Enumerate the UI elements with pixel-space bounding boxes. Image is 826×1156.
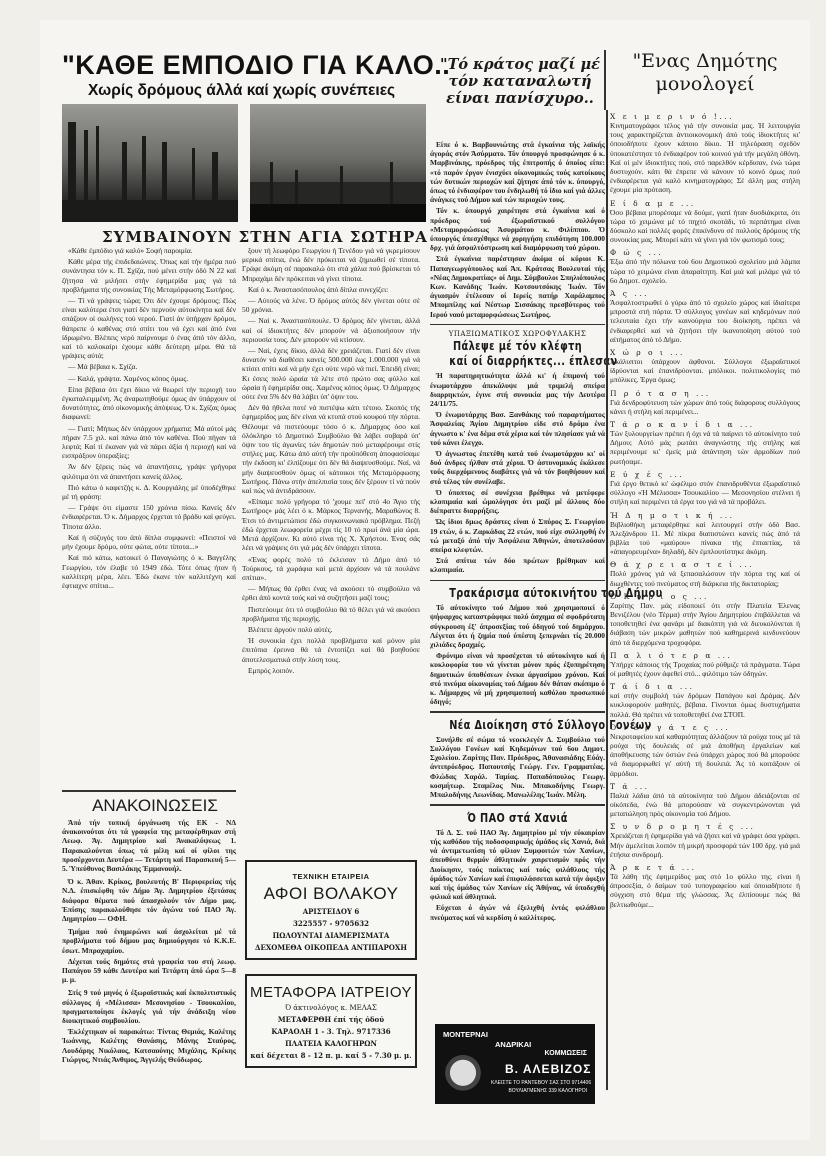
item-kicker: Τ ά ... <box>610 782 800 791</box>
main-headline: "ΚΑΘΕ ΕΜΠΟΔΙΟ ΓΙΑ ΚΑΛΟ.. <box>62 50 422 81</box>
item-kicker: Χ ε ι μ ε ρ ι ν ό !... <box>610 112 800 121</box>
ad-line: ΔΕΧΟΜΕΘΑ ΟΙΚΟΠΕΔΑ ΑΝΤΙΠΑΡΟΧΗ <box>247 943 415 952</box>
paragraph: Φρόνιμο είναι νά προσέχεται τό αύτοκίνητ… <box>430 651 605 706</box>
paragraph: Είπα βέβαια ότι έχει δίκιο νά θεωρεί τήν… <box>62 385 236 422</box>
announcements-title: ΑΝΑΚΟΙΝΩΣΕΙΣ <box>80 796 230 816</box>
police-story-kicker: ΥΠΑΞΙΩΜΑΤΙΚΟΣ ΧΩΡΟΦΥΛΑΚΗΣ <box>430 330 605 338</box>
paragraph: Ή παρατηρητικότητα άλλά κι' ή έπιμονή το… <box>430 371 605 408</box>
ad-line: ΠΛΑΤΕΙΑ ΚΑΛΟΓΗΡΩΝ <box>247 1039 415 1048</box>
pao-story-body: Τό Δ. Σ. τού ΠΑΟ Άγ. Δημητρίου μέ τήν εύ… <box>430 828 605 922</box>
ad-line: ΜΕΤΑΦΕΡΘΗ έπί τής όδού <box>247 1015 415 1024</box>
item-kicker: Ό Κ ύ ρ ι ο ς ... <box>610 592 800 601</box>
divider <box>430 804 605 806</box>
paragraph: Στά έγκαίνια παρέστησαν άκόμα οί κύριοι … <box>430 254 605 318</box>
parents-story-body: Συνήλθε σέ σώμα τό νεοεκλεγέν Δ. Συμβούλ… <box>430 735 605 799</box>
item-kicker: Ε ύ χ έ ς ... <box>610 470 800 479</box>
paragraph: «Κάθε έμπόδιο γιά καλό» Σοφή παροιμία. <box>62 246 236 255</box>
paragraph: Ό άγνωστος έπετέθη κατά τού ένωμοτάρχου … <box>430 449 605 486</box>
construction-photo-right <box>250 104 426 222</box>
paragraph: Πιστεύουμε ότι τό συμβούλιο θά τό θέλει … <box>242 605 420 623</box>
paragraph: Καί ή σύζυγός του άπό δίπλα συμφωνεί: «Π… <box>62 533 236 551</box>
ad-clinic-relocation: ΜΕΤΑΦΟΡΑ ΙΑΤΡΕΙΟΥ Ό άκτινολόγος κ. ΜΕΛΑΣ… <box>245 974 417 1068</box>
ad-line: ΚΟΜΜΩΣΕΙΣ <box>545 1050 587 1057</box>
paragraph: Στά σπίτια τών δύο πρώτων βρέθηκαν καί κ… <box>430 556 605 574</box>
paragraph: Έκλέχτηκαν οί παρακάτω: Τίντας Θεμιάς, Κ… <box>62 1027 236 1064</box>
item-kicker: Σ υ ν δ ρ ο μ η τ έ ς ... <box>610 822 800 831</box>
divider <box>430 711 605 713</box>
item-text: Ζαρίτης Παν. μάς είδοποιεί ότι στήν Πλατ… <box>610 601 800 647</box>
paragraph: Ό ύποπτος σέ συνέχεια βρέθηκε νά μετέφερ… <box>430 488 605 516</box>
item-text: Παλιά λάδια άπό τά αύτοκίνητα τού Δήμου … <box>610 791 800 819</box>
police-story-body: Ή παρατηρητικότητα άλλά κι' ή έπιμονή το… <box>430 371 605 574</box>
paragraph: — Ναί κ. Άναστασόπουλε. Ό δρόμος δέν γίν… <box>242 316 420 344</box>
paragraph: — Καλά, γράψτα. Χαμένος κόπος όμως. <box>62 374 236 383</box>
middle-headline: "Τό κράτος μαζί μέ τόν καταναλωτή είναι … <box>440 56 600 107</box>
car-story-body: Τό αύτοκίνητο τού Δήμου πού χρησιμοποιεί… <box>430 603 605 706</box>
paragraph: Στίς 9 τού μηνός ό έξωραϊστικός καί έκπο… <box>62 988 236 1025</box>
ad-title: ΜΕΤΑΦΟΡΑ ΙΑΤΡΕΙΟΥ <box>247 984 415 1001</box>
right-headline-line2: μονολογεί <box>605 73 805 96</box>
paragraph: Άπό τήν τοπική όργάνωση τής ΕΚ - ΝΔ άνακ… <box>62 818 236 873</box>
item-text: καί στήν συμβολή τών δρόμων Παπάγου καί … <box>610 691 800 719</box>
man-portrait-icon <box>443 1042 483 1098</box>
construction-photo-left <box>62 104 238 222</box>
paragraph: Ό ένωμοτάρχης Βασ. Ξανθάκης τού παραρτήμ… <box>430 410 605 447</box>
paragraph: Είπε ό κ. Βαρβουνιώτης στά έγκαίνια τής … <box>430 140 605 204</box>
item-text: Γιά έργο θετικό κι' ώφέλιμο στόν έπανιδρ… <box>610 479 800 507</box>
ad-line: ΑΝΔΡΙΚΑΙ <box>495 1040 531 1049</box>
paragraph: Τό Δ. Σ. τού ΠΑΟ Άγ. Δημητρίου μέ τήν εύ… <box>430 828 605 902</box>
paragraph: ξουν τή λεωφόρο Γεωργίου ή Τενέδου γιά ν… <box>242 246 420 283</box>
item-kicker: Ά ς ... <box>610 289 800 298</box>
item-kicker: Χ ώ ρ ο ι ... <box>610 348 800 357</box>
paragraph: Τμήμα πού ένημερώνει καί άσχολείται μέ τ… <box>62 927 236 955</box>
item-text: Νεκροταφείου καί καθαριότητας άλλάζουν τ… <box>610 732 800 778</box>
ad-address: ΑΡΙΣΤΕΙΔΟΥ 6 <box>247 907 415 916</box>
lead-story-body: Είπε ό κ. Βαρβουνιώτης στά έγκαίνια τής … <box>430 140 605 319</box>
item-text: Τά λάθη τής έφημερίδος μας στό 1ο φύλλο … <box>610 872 800 909</box>
main-subheadline: Χωρίς δρόμους άλλά καί χωρίς συνέπειες <box>88 82 408 100</box>
ad-phones: 3225557 - 9705632 <box>247 919 415 928</box>
item-kicker: Φ ώ ς ... <box>610 248 800 257</box>
item-text: Ύπήρχε κάποιος τής Τροχαίας πού ρύθμιζε … <box>610 660 800 678</box>
pao-story-headline: Ό ΠΑΟ στά Χανιά <box>449 810 586 825</box>
item-text: Βιβλιοθήκη μεταφέρθηκε καί λειτουργεί στ… <box>610 520 800 557</box>
paragraph: — Γράψε ότι είμαστε 150 χρόνια πίσω. Καν… <box>62 503 236 531</box>
item-kicker: Τ ά ρ ο κ α ν ί δ ι α ... <box>610 420 800 429</box>
right-headline-line1: "Ενας Δημότης <box>605 50 805 73</box>
item-kicker: Θ ά χ ρ ε ι α σ τ ε ί ... <box>610 560 800 569</box>
item-kicker: Ή Δ η μ ο τ ι κ ή ... <box>610 511 800 520</box>
item-text: Έξω άπό τήν πόλωνα τού 6ου Δημοτικού σχο… <box>610 257 800 285</box>
middle-column: Είπε ό κ. Βαρβουνιώτης στά έγκαίνια τής … <box>430 140 605 924</box>
paragraph: — Ναί, έχεις δίκιο, άλλά δέν χρειάζεται.… <box>242 346 420 401</box>
paragraph: Βλέπετε άργούν πολύ αύτές. <box>242 625 420 634</box>
parents-story-headline: Νέα Διοίκηση στό Σύλλογο Γονέων <box>449 717 586 732</box>
divider <box>62 790 236 792</box>
section-headline: ΣΥΜΒΑΙΝΟΥΝ ΣΤΗΝ ΑΓΙΑ ΣΩΤΗΡΑ <box>102 228 402 246</box>
ad-line: ΠΩΛΟΥΝΤΑΙ ΔΙΑΜΕΡΙΣΜΑΤΑ <box>247 931 415 940</box>
paragraph: Καί πιό κάτω, κατοικεί ό Παναγιώτης ό κ.… <box>62 553 236 590</box>
paragraph: «Ένας φορές πολύ τό έκλεισαν τό Δήμο άπό… <box>242 555 420 583</box>
paragraph: Πιό κάτω ό καφετζής κ. Δ. Κουργιάλης μέ … <box>62 483 236 501</box>
ad-line: ΜΟΝΤΕΡΝΑΙ <box>443 1030 488 1039</box>
ad-phone: ΚΛΕΙΣΤΕ ΤΟ ΡΑΝΤΕΒΟΥ ΣΑΣ ΣΤΟ 9714406 <box>491 1080 591 1086</box>
divider <box>430 580 605 582</box>
ad-company-name: ΑΦΟΙ ΒΟΛΑΚΟΥ <box>247 884 415 904</box>
paragraph: Κάθε μέρα τής έπιδεδαιώνεις. Όπως καί τή… <box>62 257 236 294</box>
paragraph: «Είπαμε πολύ γρήγορα τό 'χουμε πεί' στό … <box>242 497 420 552</box>
story-column-2: ξουν τή λεωφόρο Γεωργίου ή Τενέδου γιά ν… <box>242 246 420 677</box>
paragraph: Δέν θά ήθελα ποτέ νά πιστέψω κάτι τέτοιο… <box>242 403 420 495</box>
ad-line: καί δέχεται 8 - 12 π. μ. καί 5 - 7.30 μ.… <box>247 1051 415 1060</box>
paragraph: Άν δέν ξέρεις πώς νά άπαντήσεις, γράψε γ… <box>62 462 236 480</box>
item-kicker: Ε ί δ α μ ε ... <box>610 199 800 208</box>
ad-alevizos-barber: ΜΟΝΤΕΡΝΑΙ ΑΝΔΡΙΚΑΙ ΚΟΜΜΩΣΕΙΣ Β. ΑΛΕΒΙΖΟΣ… <box>435 1024 595 1104</box>
announcements-body: Άπό τήν τοπική όργάνωση τής ΕΚ - ΝΔ άνακ… <box>62 818 236 1066</box>
item-text: Κινηματογράφοι τέλος γιά τήν συνοικία μα… <box>610 121 800 195</box>
story-column-1: «Κάθε έμπόδιο γιά καλό» Σοφή παροιμία. Κ… <box>62 246 236 592</box>
item-text: Πολύ χρόνος γιά νά ξεπασαλώσουν τήν πόρτ… <box>610 569 800 587</box>
item-text: Γιά δενδροφύτευση τών χώρων άπό τούς διά… <box>610 398 800 416</box>
ad-business-name: Β. ΑΛΕΒΙΖΟΣ <box>505 1062 591 1076</box>
right-headline: "Ενας Δημότης μονολογεί <box>605 50 805 96</box>
ad-address: ΒΟΥΛΙΑΓΜΕΝΗΣ 339 ΚΑΛΟΓΗΡΟΙ <box>508 1088 587 1094</box>
paragraph: Καί ό κ. Άναστασόπουλος άπό δίπλα συνεχί… <box>242 285 420 294</box>
paragraph: — Τί νά γράψεις τώρα; Ότι δέν έχουμε δρό… <box>62 296 236 360</box>
paragraph: Τόν κ. ύπουργό χαιρέτησε στά έγκαίνια κα… <box>430 206 605 252</box>
paragraph: Ή συνοικία έχει πολλά προβλήματα καί μόν… <box>242 636 420 664</box>
item-text: Άσφαλτοστρωθεί ό γύρω άπό τό σχολείο χώρ… <box>610 298 800 344</box>
car-story-headline: Τρακάρισμα αύτοκινήτου τού Δήμου <box>449 585 586 600</box>
paragraph: — Μά βέβαια κ. Σχίζα. <box>62 362 236 371</box>
paragraph: Τό αύτοκίνητο τού Δήμου πού χρησιμοποιεί… <box>430 603 605 649</box>
item-kicker: Π ρ ό τ α σ η ... <box>610 389 800 398</box>
item-text: Τών ξυλουργείων πρέπει ή όχι νά τά παίρν… <box>610 429 800 466</box>
ad-line: ΤΕΧΝΙΚΗ ΕΤΑΙΡΕΙΑ <box>247 872 415 881</box>
paragraph: — Αύτούς νά λένε. Ό δρόμος αύτός δέν γίν… <box>242 296 420 314</box>
item-kicker: Ά ρ κ ε τ ά ... <box>610 863 800 872</box>
column-divider <box>606 110 608 1090</box>
item-kicker: Π α λ ι ό τ ε ρ α ... <box>610 651 800 660</box>
paragraph: — Μήπως θά έρθει ένας νά ακούσει τό συμβ… <box>242 584 420 602</box>
paragraph: Ώς ίδιοι δμως δράστες είναι ό Σπύρος Σ. … <box>430 517 605 554</box>
police-story-headline-line1: Πάλεψε μέ τόν κλέφτη <box>449 338 586 353</box>
right-column: Χ ε ι μ ε ρ ι ν ό !... Κινηματογράφοι τέ… <box>610 108 800 911</box>
item-kicker: Ο ί έ ρ γ ά τ ε ς ... <box>610 723 800 732</box>
item-text: Χρειάζεται ή έφημερίδα γιά νά ζήσει καί … <box>610 831 800 859</box>
item-text: Άκάλυπτοι ύπάρχουν άφθονοι. Σύλλογοι έξω… <box>610 357 800 385</box>
item-text: Όσο βέβαια μπορέσαμε νά δούμε, γιατί ήτα… <box>610 208 800 245</box>
divider <box>430 324 605 326</box>
paragraph: Δέχεται τούς δημότες στά γραφεία του στή… <box>62 957 236 985</box>
paragraph: Συνήλθε σέ σώμα τό νεοεκλεγέν Δ. Συμβούλ… <box>430 735 605 799</box>
item-kicker: Τ ά ί δ ι α ... <box>610 682 800 691</box>
paragraph: Εύχεται ό άγών νά έξελιχθή έντός φιλάθλο… <box>430 903 605 921</box>
paragraph: Εμπρός λοιπόν. <box>242 666 420 675</box>
ad-line: ΚΑΡΑΟΛΗ 1 - 3. Τηλ. 9717336 <box>247 1027 415 1036</box>
paragraph: — Γιατί; Μήπως δέν ύπάρχουν χρήματα; Μά … <box>62 424 236 461</box>
ad-line: Ό άκτινολόγος κ. ΜΕΛΑΣ <box>247 1004 415 1012</box>
police-story-headline-line2: καί οί διαρρήκτες... έπλεσαν <box>449 353 586 368</box>
newspaper-page: "ΚΑΘΕ ΕΜΠΟΔΙΟ ΓΙΑ ΚΑΛΟ.. Χωρίς δρόμους ά… <box>40 20 810 1140</box>
ad-volakou: ΤΕΧΝΙΚΗ ΕΤΑΙΡΕΙΑ ΑΦΟΙ ΒΟΛΑΚΟΥ ΑΡΙΣΤΕΙΔΟΥ… <box>245 860 417 960</box>
paragraph: Ό κ. Άθαν. Κρίκος, βουλευτής Β' Περιφερε… <box>62 877 236 923</box>
